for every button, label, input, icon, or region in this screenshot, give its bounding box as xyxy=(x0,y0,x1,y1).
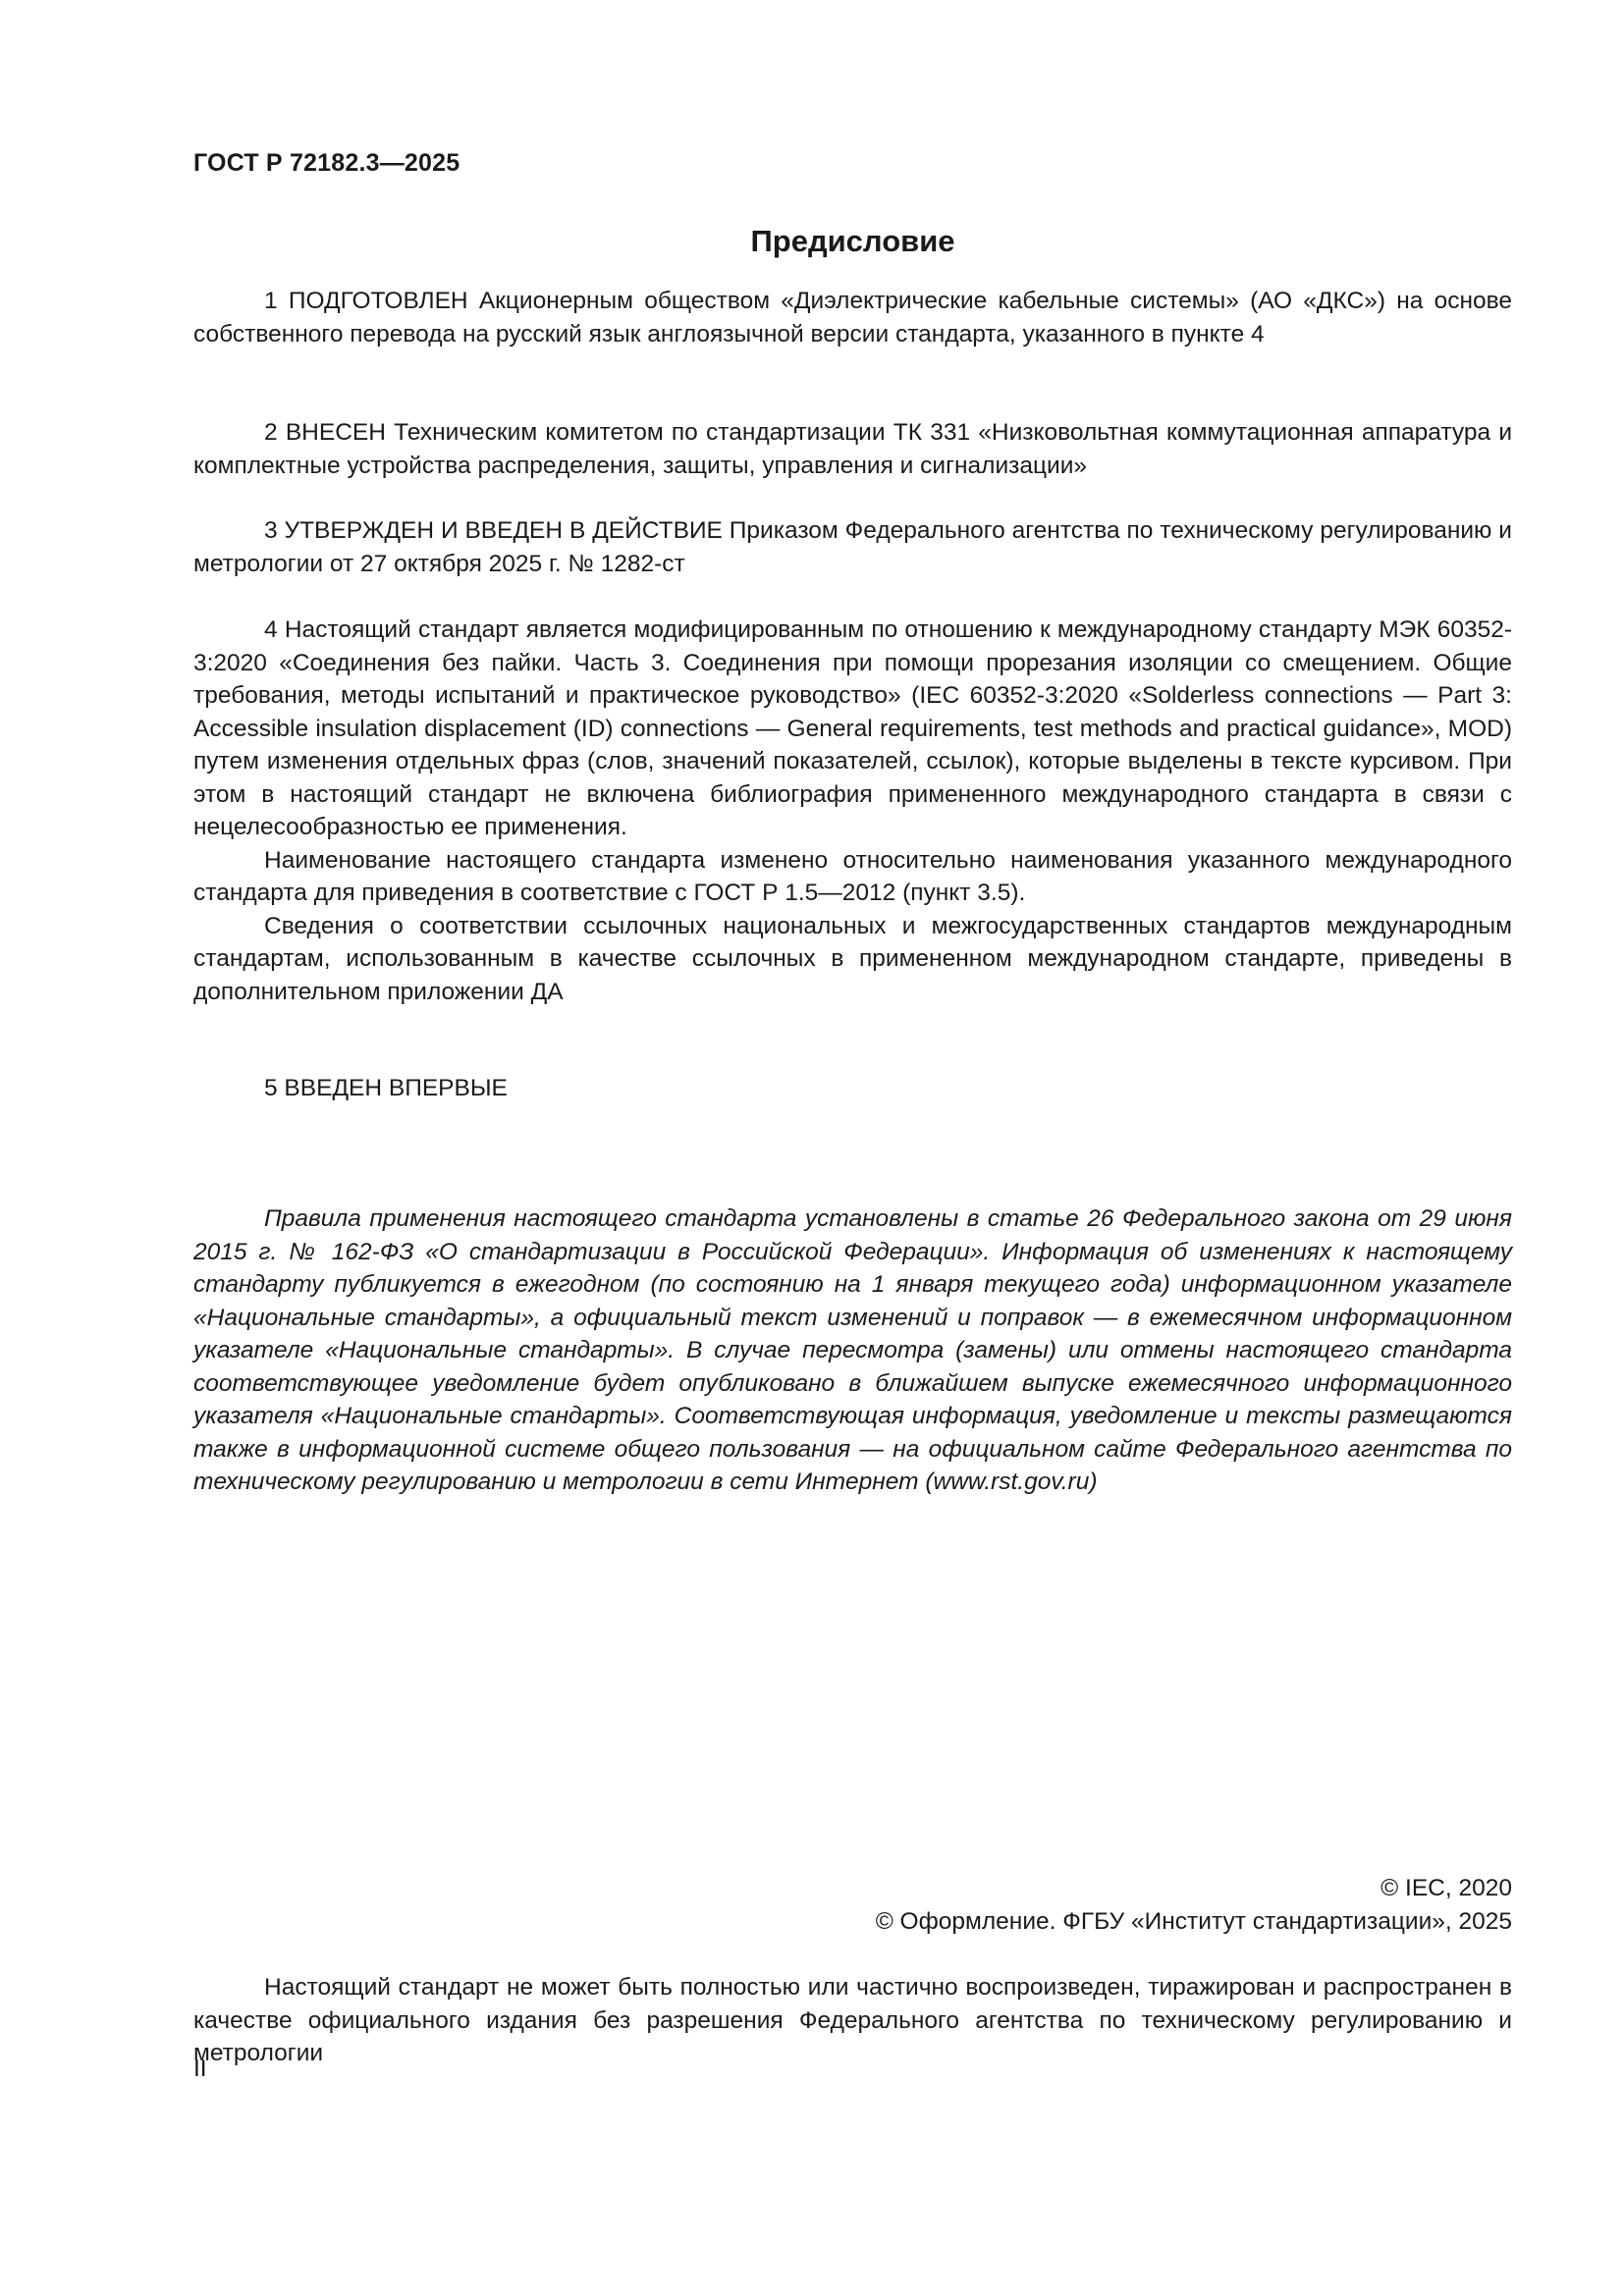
preface-item-5-text: 5 ВВЕДЕН ВПЕРВЫЕ xyxy=(193,1072,1512,1105)
page-title: Предисловие xyxy=(193,224,1512,259)
preface-item-1-text: 1 ПОДГОТОВЛЕН Акционерным обществом «Диэ… xyxy=(193,285,1512,350)
preface-item-4-references: Сведения о соответствии ссылочных национ… xyxy=(193,910,1512,1009)
preface-item-3: 3 УТВЕРЖДЕН И ВВЕДЕН В ДЕЙСТВИЕ Приказом… xyxy=(193,514,1512,580)
reproduction-notice: Настоящий стандарт не может быть полност… xyxy=(193,1971,1512,2070)
preface-item-2-text: 2 ВНЕСЕН Техническим комитетом по станда… xyxy=(193,416,1512,482)
reproduction-notice-text: Настоящий стандарт не может быть полност… xyxy=(193,1971,1512,2070)
copyright-iec: © IEC, 2020 xyxy=(876,1872,1512,1905)
rules-notice-text: Правила применения настоящего стандарта … xyxy=(193,1202,1512,1499)
page-number: II xyxy=(193,2056,207,2083)
preface-item-4-title-change: Наименование настоящего стандарта измене… xyxy=(193,844,1512,910)
copyright-institute: © Оформление. ФГБУ «Институт стандартиза… xyxy=(876,1905,1512,1939)
preface-item-4-text: 4 Настоящий стандарт является модифициро… xyxy=(193,614,1512,844)
document-page: ГОСТ Р 72182.3—2025 Предисловие 1 ПОДГОТ… xyxy=(0,0,1624,2296)
preface-item-1: 1 ПОДГОТОВЛЕН Акционерным обществом «Диэ… xyxy=(193,285,1512,350)
preface-item-2: 2 ВНЕСЕН Техническим комитетом по станда… xyxy=(193,416,1512,482)
preface-item-5: 5 ВВЕДЕН ВПЕРВЫЕ xyxy=(193,1072,1512,1105)
preface-item-4: 4 Настоящий стандарт является модифициро… xyxy=(193,614,1512,1008)
rules-notice: Правила применения настоящего стандарта … xyxy=(193,1202,1512,1499)
preface-item-3-text: 3 УТВЕРЖДЕН И ВВЕДЕН В ДЕЙСТВИЕ Приказом… xyxy=(193,514,1512,580)
standard-code-header: ГОСТ Р 72182.3—2025 xyxy=(193,149,460,178)
copyright-block: © IEC, 2020 © Оформление. ФГБУ «Институт… xyxy=(876,1872,1512,1938)
